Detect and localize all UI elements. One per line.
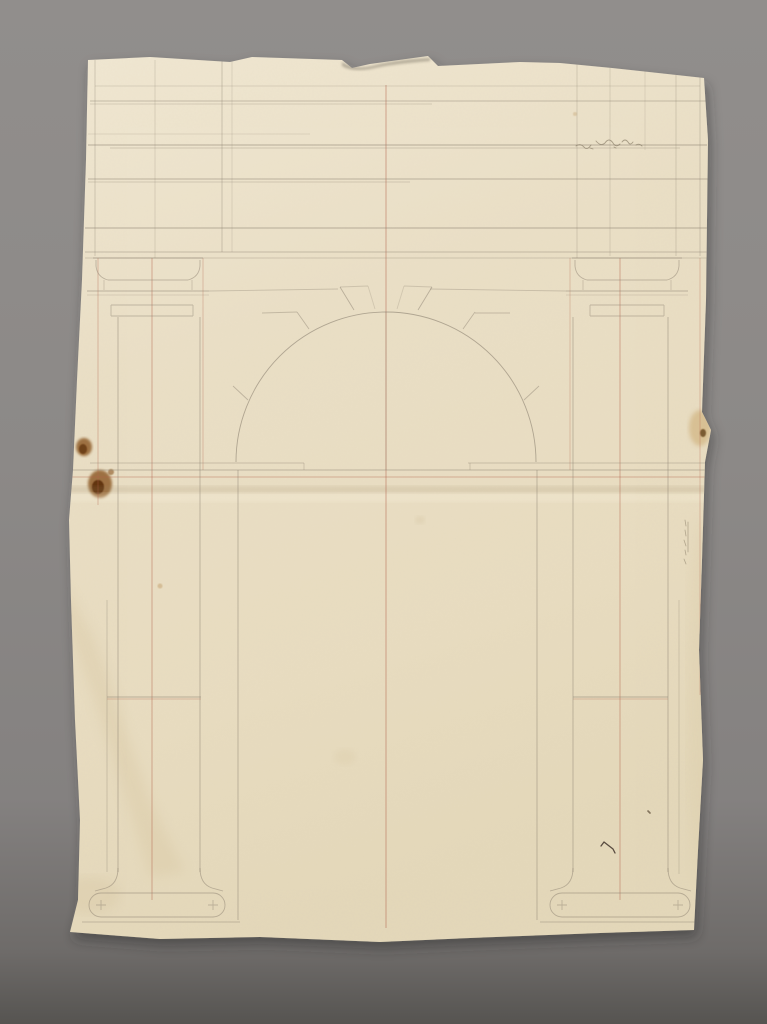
fold-highlight (64, 493, 714, 502)
smudge (334, 749, 356, 765)
center-fold-crease (64, 486, 714, 502)
foxing-dot (158, 584, 163, 589)
architectural-drawing-photo (0, 0, 767, 1024)
ink-blot-small-core (79, 444, 87, 454)
fold-shadow (64, 486, 714, 493)
foxing-dot (573, 112, 577, 116)
photo-background (0, 0, 767, 1024)
right-edge-stain-core (700, 429, 706, 437)
smudge (415, 516, 425, 524)
